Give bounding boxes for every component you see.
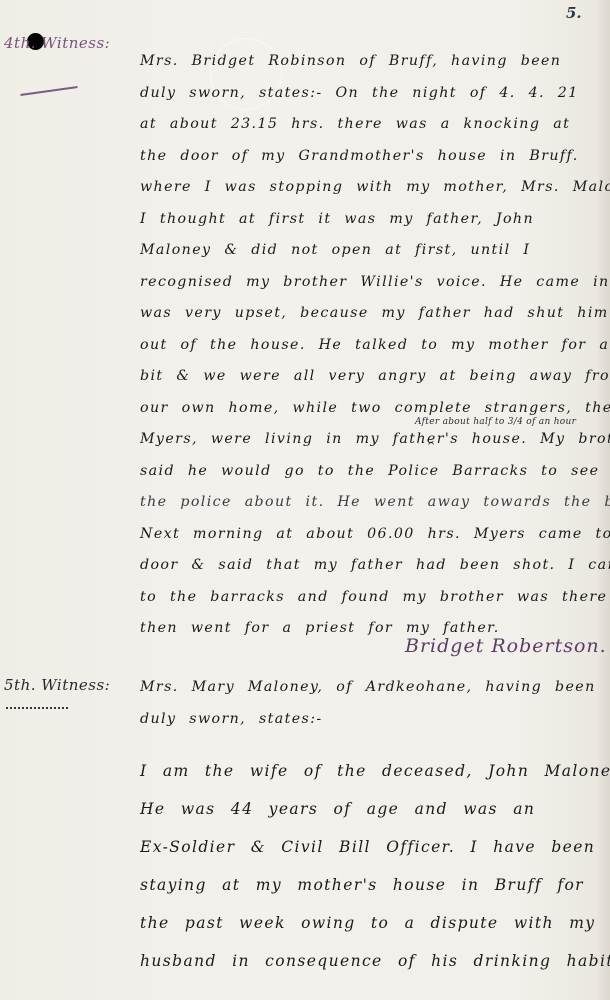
insertion-caret-icon: ^ [427, 441, 435, 452]
statement-line: I am the wife of the deceased, John Malo… [140, 752, 580, 790]
statement-line: where I was stopping with my mother, Mrs… [140, 172, 580, 204]
statement-line: Maloney & did not open at first, until I [140, 235, 580, 267]
witness-5-underline [6, 702, 68, 709]
statement-line: Ex-Soldier & Civil Bill Officer. I have … [140, 828, 580, 866]
statement-line: the police about it. He went away toward… [140, 487, 580, 519]
witness-5-label: 5th. Witness: [4, 676, 110, 694]
statement-line: out of the house. He talked to my mother… [140, 330, 580, 362]
statement-line: bit & we were all very angry at being aw… [140, 361, 580, 393]
statement-line: duly sworn, states:- On the night of 4. … [140, 78, 580, 110]
witness-4-label: 4th. Witness: [4, 34, 110, 52]
statement-line: recognised my brother Willie's voice. He… [140, 267, 580, 299]
witness-5-intro: Mrs. Mary Maloney, of Ardkeohane, having… [140, 672, 580, 735]
interlinear-insertion: After about half to 3/4 of an hour [415, 417, 576, 427]
page-number: 5. [566, 4, 582, 22]
statement-line: staying at my mother's house in Bruff fo… [140, 866, 580, 904]
statement-line: He was 44 years of age and was an [140, 790, 580, 828]
statement-line: at about 23.15 hrs. there was a knocking… [140, 109, 580, 141]
statement-line: door & said that my father had been shot… [140, 550, 580, 582]
statement-line: was very upset, because my father had sh… [140, 298, 580, 330]
witness-4-statement: Mrs. Bridget Robinson of Bruff, having b… [140, 46, 580, 645]
document-page: 5. 4th. Witness: Mrs. Bridget Robinson o… [0, 0, 610, 1000]
statement-line: duly sworn, states:- [140, 704, 580, 736]
statement-line: Next morning at about 06.00 hrs. Myers c… [140, 519, 580, 551]
statement-line: Myers, were living in my father's house.… [140, 424, 580, 456]
statement-line: husband in consequence of his drinking h… [140, 942, 580, 980]
statement-line: Mrs. Bridget Robinson of Bruff, having b… [140, 46, 580, 78]
statement-line: the door of my Grandmother's house in Br… [140, 141, 580, 173]
witness-5-statement: I am the wife of the deceased, John Malo… [140, 752, 580, 980]
statement-line: Mrs. Mary Maloney, of Ardkeohane, having… [140, 672, 580, 704]
witness-4-underline [20, 86, 78, 96]
statement-line: said he would go to the Police Barracks … [140, 456, 580, 488]
witness-4-signature: Bridget Robertson. [405, 635, 607, 657]
statement-line: I thought at first it was my father, Joh… [140, 204, 580, 236]
statement-line: the past week owing to a dispute with my [140, 904, 580, 942]
statement-line: to the barracks and found my brother was… [140, 582, 580, 614]
